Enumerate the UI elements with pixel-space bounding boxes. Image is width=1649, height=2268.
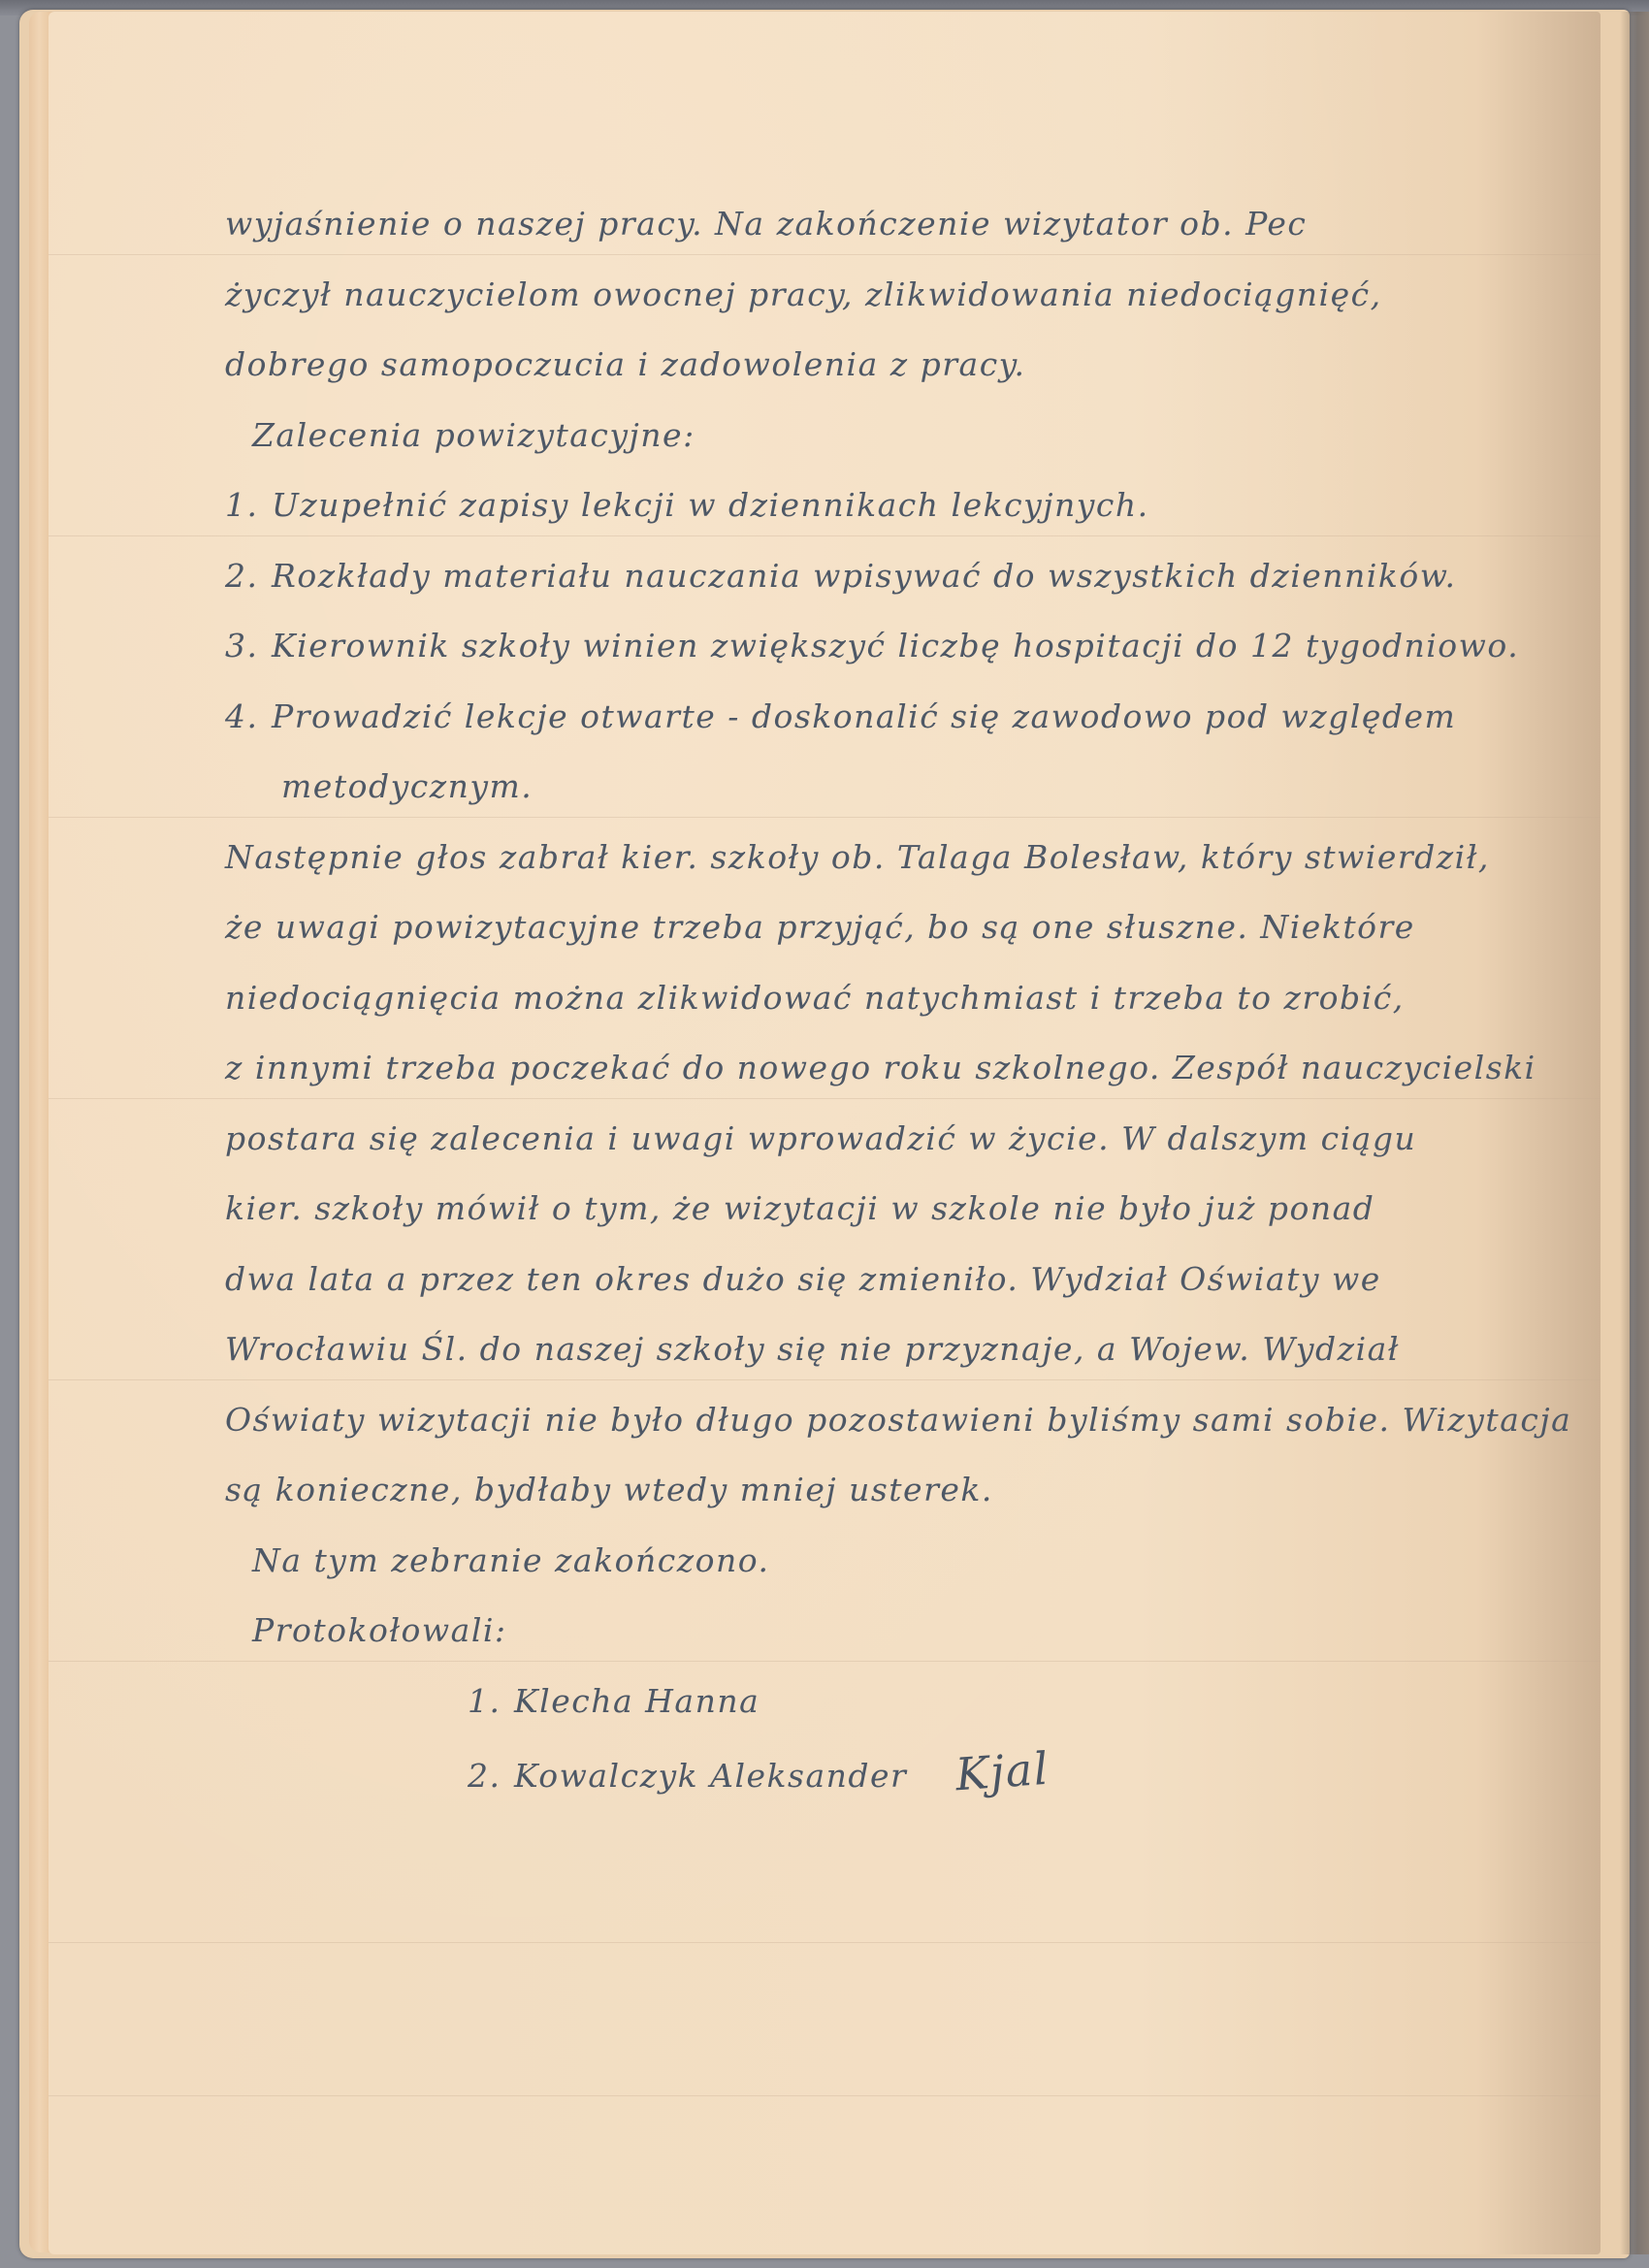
text-line: z innymi trzeba poczekać do nowego roku … bbox=[225, 1033, 1583, 1104]
item-text: Kierownik szkoły winien zwiększyć liczbę… bbox=[272, 627, 1519, 664]
item-text: Rozkłady materiału nauczania wpisywać do… bbox=[272, 557, 1457, 595]
text-line: postara się zalecenia i uwagi wprowadzić… bbox=[225, 1104, 1583, 1175]
text-line: dwa lata a przez ten okres dużo się zmie… bbox=[225, 1245, 1583, 1315]
text-line: Oświaty wizytacji nie było długo pozosta… bbox=[225, 1385, 1583, 1456]
text-line: dobrego samopoczucia i zadowolenia z pra… bbox=[225, 330, 1583, 401]
recommendation-item-continuation: metodycznym. bbox=[225, 752, 1583, 823]
signatory-entry: 2.Kowalczyk AleksanderKjal bbox=[225, 1736, 1583, 1807]
text-line: że uwagi powizytacyjne trzeba przyjąć, b… bbox=[225, 892, 1583, 963]
recommendation-item: 4.Prowadzić lekcje otwarte - doskonalić … bbox=[225, 682, 1583, 753]
recommendations-section: Zalecenia powizytacyjne: 1.Uzupełnić zap… bbox=[225, 401, 1583, 823]
item-text: Uzupełnić zapisy lekcji w dziennikach le… bbox=[272, 486, 1149, 524]
ruled-line bbox=[48, 2095, 1600, 2096]
recommendation-item: 1.Uzupełnić zapisy lekcji w dziennikach … bbox=[225, 470, 1583, 541]
text-line: życzył nauczycielom owocnej pracy, zlikw… bbox=[225, 260, 1583, 331]
signatory-number: 1. bbox=[468, 1667, 514, 1737]
text-line: niedociągnięcia można zlikwidować natych… bbox=[225, 963, 1583, 1034]
item-number: 4. bbox=[225, 682, 272, 753]
paragraph-school-director-remarks: Następnie głos zabrał kier. szkoły ob. T… bbox=[225, 823, 1583, 1526]
recommendations-heading: Zalecenia powizytacyjne: bbox=[225, 401, 1583, 471]
item-text: Prowadzić lekcje otwarte - doskonalić si… bbox=[272, 697, 1456, 735]
recommendation-item: 2.Rozkłady materiału nauczania wpisywać … bbox=[225, 541, 1583, 612]
text-line: są konieczne, bydłaby wtedy mniej ustere… bbox=[225, 1455, 1583, 1526]
recommendation-item: 3.Kierownik szkoły winien zwiększyć licz… bbox=[225, 611, 1583, 682]
paragraph-visitation-close: wyjaśnienie o naszej pracy. Na zakończen… bbox=[225, 189, 1583, 401]
signatories-section: Protokołowali: 1.Klecha Hanna 2.Kowalczy… bbox=[225, 1596, 1583, 1807]
item-number: 2. bbox=[225, 541, 272, 612]
ruled-line bbox=[48, 1942, 1600, 1943]
text-line: wyjaśnienie o naszej pracy. Na zakończen… bbox=[225, 189, 1583, 260]
signatory-name: Klecha Hanna bbox=[514, 1682, 760, 1720]
text-line: kier. szkoły mówił o tym, że wizytacji w… bbox=[225, 1174, 1583, 1245]
handwritten-signature: Kjal bbox=[954, 1733, 1052, 1810]
binding-gutter-shadow bbox=[1620, 12, 1649, 2254]
signatories-label: Protokołowali: bbox=[225, 1596, 1583, 1667]
signatory-number: 2. bbox=[468, 1741, 514, 1812]
text-line: Następnie głos zabrał kier. szkoły ob. T… bbox=[225, 823, 1583, 893]
closing-line: Na tym zebranie zakończono. bbox=[225, 1526, 1583, 1597]
item-number: 1. bbox=[225, 470, 272, 541]
signatory-entry: 1.Klecha Hanna bbox=[225, 1667, 1583, 1737]
handwritten-text-body: wyjaśnienie o naszej pracy. Na zakończen… bbox=[225, 189, 1583, 1807]
signatory-name: Kowalczyk Aleksander bbox=[514, 1757, 907, 1795]
text-line: Wrocławiu Śl. do naszej szkoły się nie p… bbox=[225, 1314, 1583, 1385]
item-number: 3. bbox=[225, 611, 272, 682]
